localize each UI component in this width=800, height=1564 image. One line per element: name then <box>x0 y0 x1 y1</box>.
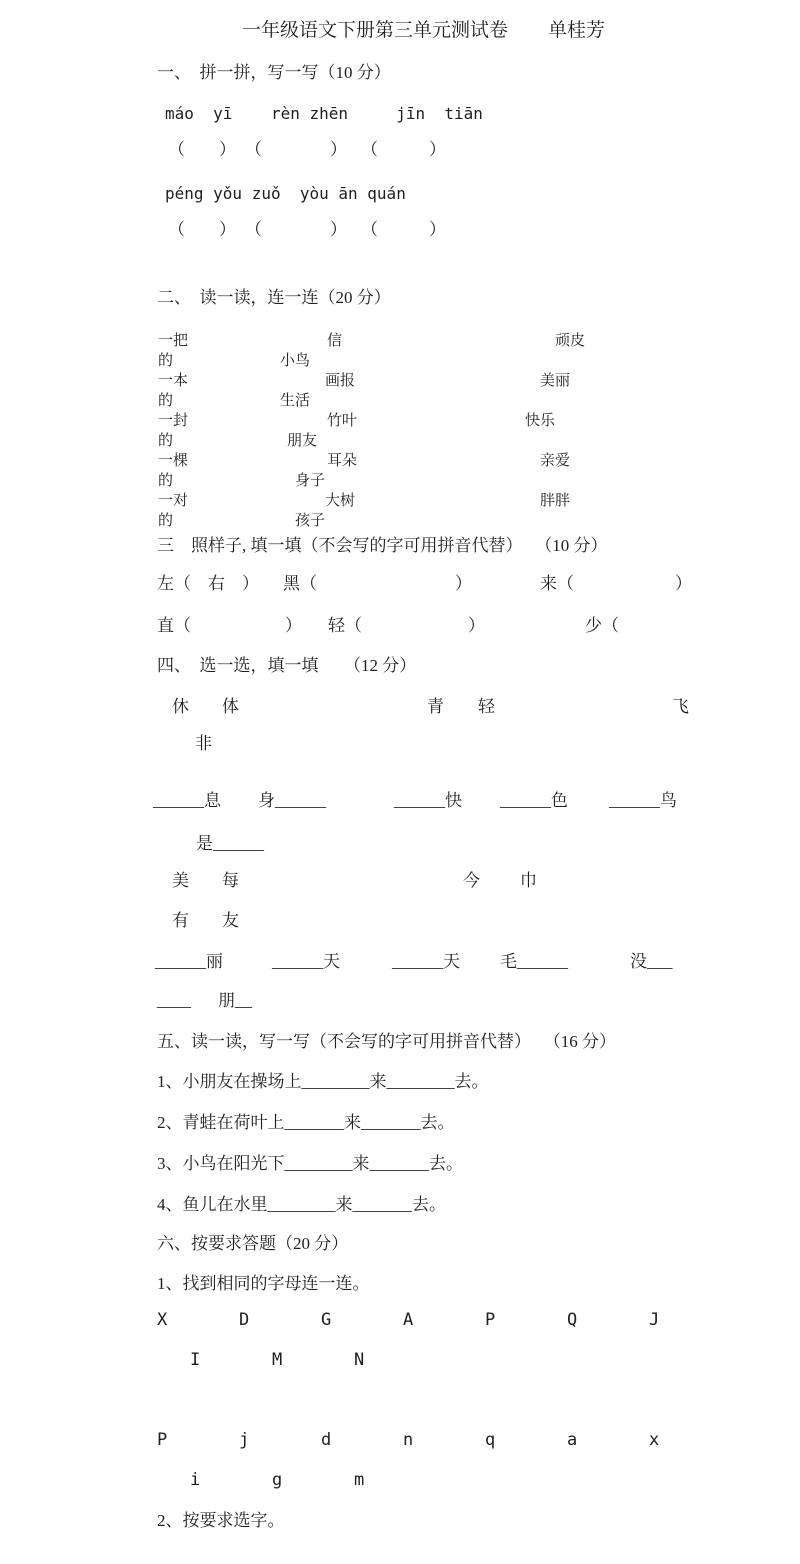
match-middle-item: 信 <box>327 332 342 350</box>
letter-cell: P <box>485 1310 567 1330</box>
letter-cell: N <box>354 1350 436 1370</box>
letter-cell: d <box>321 1430 403 1450</box>
match-left-item: 的 <box>158 392 173 410</box>
fill-paren: ） <box>468 616 485 636</box>
pinyin-line: máo yī rèn zhēn jīn tiān <box>165 104 483 123</box>
choice-char: 非 <box>195 734 212 754</box>
fill-prompt: 轻（ <box>328 616 362 636</box>
blank-item: ______丽 <box>155 952 223 972</box>
blank-item: ______色 <box>500 791 568 811</box>
uppercase-letters-row: XDGAPQJ <box>157 1310 731 1330</box>
blank-item: ______天 <box>392 952 460 972</box>
letter-cell: q <box>485 1430 567 1450</box>
fill-prompt: 少（ <box>585 616 619 636</box>
fill-paren: ） <box>455 574 472 594</box>
match-left-item: 的 <box>158 512 173 530</box>
choice-char: 友 <box>222 911 239 931</box>
match-left-item: 的 <box>158 432 173 450</box>
answer-parens: （ ） <box>168 220 236 240</box>
section3-heading: 三 照样子, 填一填（不会写的字可用拼音代替） （10 分） <box>157 536 608 556</box>
letter-cell: J <box>649 1310 731 1330</box>
section1-heading: 一、 拼一拼，写一写（10 分） <box>157 63 391 83</box>
match-right-item: 胖胖 <box>540 492 570 510</box>
match-middle-item: 生活 <box>280 392 310 410</box>
fill-paren: ） <box>285 616 302 636</box>
match-left-item: 的 <box>158 352 173 370</box>
section6-sub1: 1、找到相同的字母连一连。 <box>157 1274 370 1294</box>
match-middle-item: 耳朵 <box>327 452 357 470</box>
blank-item: ______息 <box>153 791 221 811</box>
letter-cell: A <box>403 1310 485 1330</box>
choice-char: 体 <box>222 697 239 717</box>
section4-heading: 四、 选一选，填一填 （12 分） <box>157 656 416 676</box>
blank-item: ______快 <box>394 791 462 811</box>
lowercase-letters-row: Pjdnqax <box>157 1430 731 1450</box>
choice-char: 轻 <box>478 697 495 717</box>
match-middle-item: 身子 <box>295 472 325 490</box>
choice-char: 有 <box>172 911 189 931</box>
uppercase-letters-row2: IMN <box>190 1350 436 1370</box>
fill-prompt: 来（ <box>540 574 574 594</box>
blank-item: 是______ <box>196 834 264 854</box>
letter-cell: a <box>567 1430 649 1450</box>
choice-char: 美 <box>172 871 189 891</box>
lowercase-letters-row2: igm <box>190 1470 436 1490</box>
document-title: 一年级语文下册第三单元测试卷 <box>242 20 508 43</box>
blank-item: ____ <box>157 991 191 1011</box>
sentence-item: 3、小鸟在阳光下________来_______去。 <box>157 1154 463 1174</box>
choice-char: 巾 <box>520 871 537 891</box>
fill-prompt: 直（ <box>157 616 191 636</box>
match-left-item: 一本 <box>158 372 188 390</box>
sentence-item: 1、小朋友在操场上________来________去。 <box>157 1072 489 1092</box>
letter-cell: j <box>239 1430 321 1450</box>
pinyin-line: péng yǒu zuǒ yòu ān quán <box>165 184 406 203</box>
section5-heading: 五、读一读，写一写（不会写的字可用拼音代替） （16 分） <box>157 1032 616 1052</box>
blank-item: 朋__ <box>218 991 252 1011</box>
match-left-item: 一对 <box>158 492 188 510</box>
letter-cell: X <box>157 1310 239 1330</box>
match-middle-item: 小鸟 <box>280 352 310 370</box>
match-middle-item: 孩子 <box>295 512 325 530</box>
match-left-item: 一把 <box>158 332 188 350</box>
sentence-item: 4、鱼儿在水里________来_______去。 <box>157 1195 446 1215</box>
match-left-item: 一封 <box>158 412 188 430</box>
match-right-item: 美丽 <box>540 372 570 390</box>
letter-cell: Q <box>567 1310 649 1330</box>
blank-item: 没___ <box>630 952 673 972</box>
answer-parens: （ ） <box>361 140 446 160</box>
match-right-item: 快乐 <box>525 412 555 430</box>
blank-item: ______鸟 <box>609 791 677 811</box>
section6-heading: 六、按要求答题（20 分） <box>157 1234 348 1254</box>
letter-cell: m <box>354 1470 436 1490</box>
match-middle-item: 画报 <box>325 372 355 390</box>
letter-cell: i <box>190 1470 272 1490</box>
choice-char: 青 <box>427 697 444 717</box>
section6-sub2: 2、按要求选字。 <box>157 1511 285 1531</box>
match-left-item: 一棵 <box>158 452 188 470</box>
letter-cell: n <box>403 1430 485 1450</box>
choice-char: 每 <box>222 871 239 891</box>
answer-parens: （ ） <box>245 140 347 160</box>
match-left-item: 的 <box>158 472 173 490</box>
blank-item: 毛______ <box>500 952 568 972</box>
letter-cell: M <box>272 1350 354 1370</box>
section2-heading: 二、 读一读，连一连（20 分） <box>157 288 391 308</box>
fill-prompt: 黑（ <box>283 574 317 594</box>
letter-cell: g <box>272 1470 354 1490</box>
letter-cell: P <box>157 1430 239 1450</box>
letter-cell: I <box>190 1350 272 1370</box>
letter-cell: D <box>239 1310 321 1330</box>
letter-cell: x <box>649 1430 731 1450</box>
match-middle-item: 朋友 <box>287 432 317 450</box>
fill-example: 左（ 右 ） <box>157 574 259 594</box>
match-middle-item: 竹叶 <box>327 412 357 430</box>
author-name: 单桂芳 <box>548 20 605 43</box>
choice-char: 飞 <box>672 697 689 717</box>
fill-paren: ） <box>675 574 692 594</box>
sentence-item: 2、青蛙在荷叶上_______来_______去。 <box>157 1113 455 1133</box>
blank-item: ______天 <box>272 952 340 972</box>
match-middle-item: 大树 <box>325 492 355 510</box>
answer-parens: （ ） <box>168 140 236 160</box>
test-paper-page: 一年级语文下册第三单元测试卷 单桂芳 一、 拼一拼，写一写（10 分） máo … <box>0 0 800 1564</box>
match-right-item: 顽皮 <box>555 332 585 350</box>
answer-parens: （ ） <box>245 220 347 240</box>
letter-cell: G <box>321 1310 403 1330</box>
choice-char: 今 <box>463 871 480 891</box>
answer-parens: （ ） <box>361 220 446 240</box>
match-right-item: 亲爱 <box>540 452 570 470</box>
choice-char: 休 <box>172 697 189 717</box>
blank-item: 身______ <box>258 791 326 811</box>
